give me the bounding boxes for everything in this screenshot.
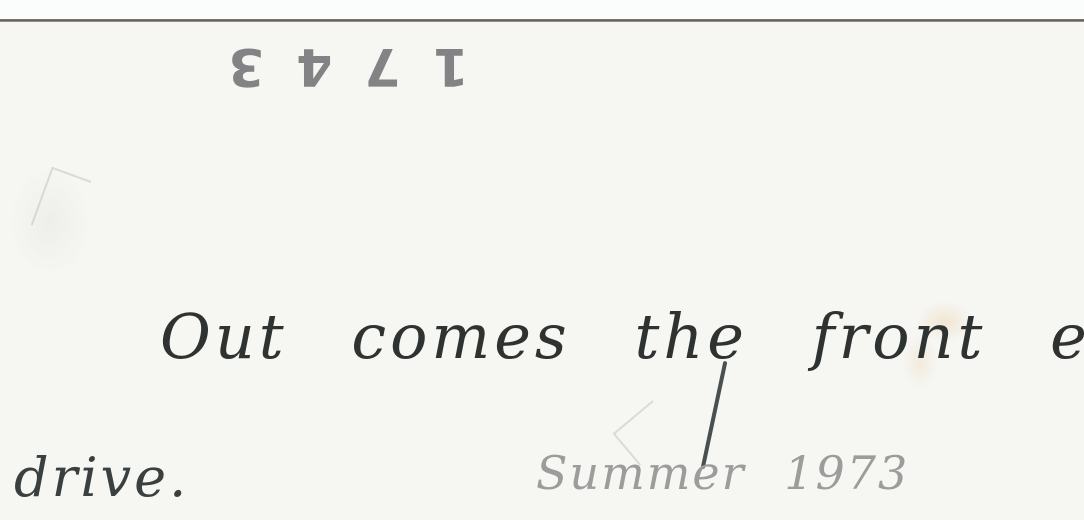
- faint-smudge: [31, 167, 92, 240]
- pencil-date-note: Summer 1973: [536, 446, 909, 500]
- scanner-bed-strip: [0, 0, 1084, 19]
- handwritten-caption-line-2: drive.: [14, 446, 189, 509]
- upside-down-stamp-number: 1743: [196, 36, 469, 96]
- scanned-photo-back: 1743 Out comes the front end drive. Summ…: [0, 0, 1084, 520]
- handwritten-caption-line-1: Out comes the front end: [160, 300, 1084, 373]
